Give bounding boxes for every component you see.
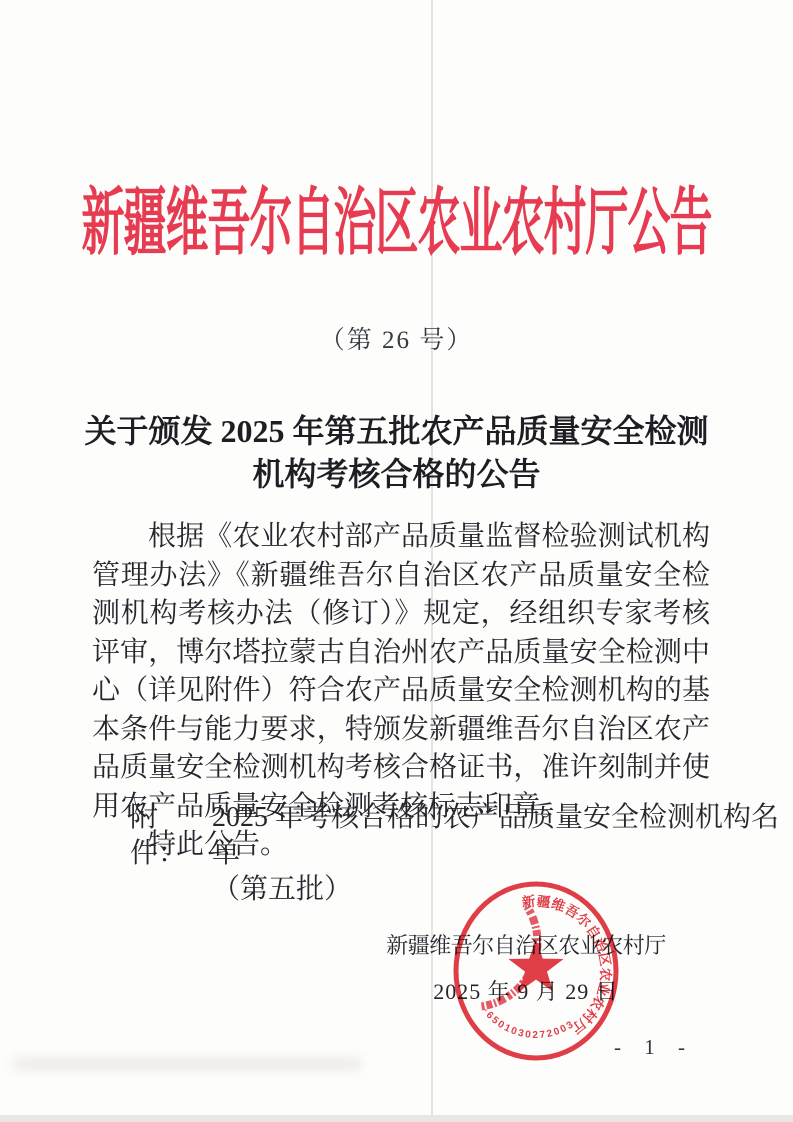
issue-number: （第 26 号）	[0, 320, 793, 356]
announcement-title: 新疆维吾尔自治区农业农村厅公告	[0, 166, 793, 270]
seal-uyghur-script-arc	[482, 907, 538, 1007]
scan-smudge	[12, 1057, 362, 1071]
subject-line-1: 关于颁发 2025 年第五批农产品质量安全检测	[0, 410, 793, 453]
body-paragraph-1: 根据《农业农村部产品质量监督检验测试机构管理办法》《新疆维吾尔自治区农产品质量安…	[92, 518, 710, 826]
subject-line-2: 机构考核合格的公告	[0, 453, 793, 496]
subject-heading: 关于颁发 2025 年第五批农产品质量安全检测 机构考核合格的公告	[0, 410, 793, 496]
page-number: - 1 -	[614, 1035, 694, 1060]
official-seal: 新疆维吾尔自治区农业农村厅 ·6501030272003	[451, 880, 621, 1062]
scan-bottom-edge	[0, 1115, 793, 1122]
seal-star-icon	[508, 939, 563, 992]
attachment-line-1: 2025 年考核合格的农产品质量安全检测机构名单	[212, 800, 793, 872]
seal-code-arc-text: ·6501030272003	[480, 1006, 577, 1041]
attachment-label: 附件：	[130, 800, 212, 908]
document-page: 新疆维吾尔自治区农业农村厅公告 （第 26 号） 关于颁发 2025 年第五批农…	[0, 0, 793, 1122]
